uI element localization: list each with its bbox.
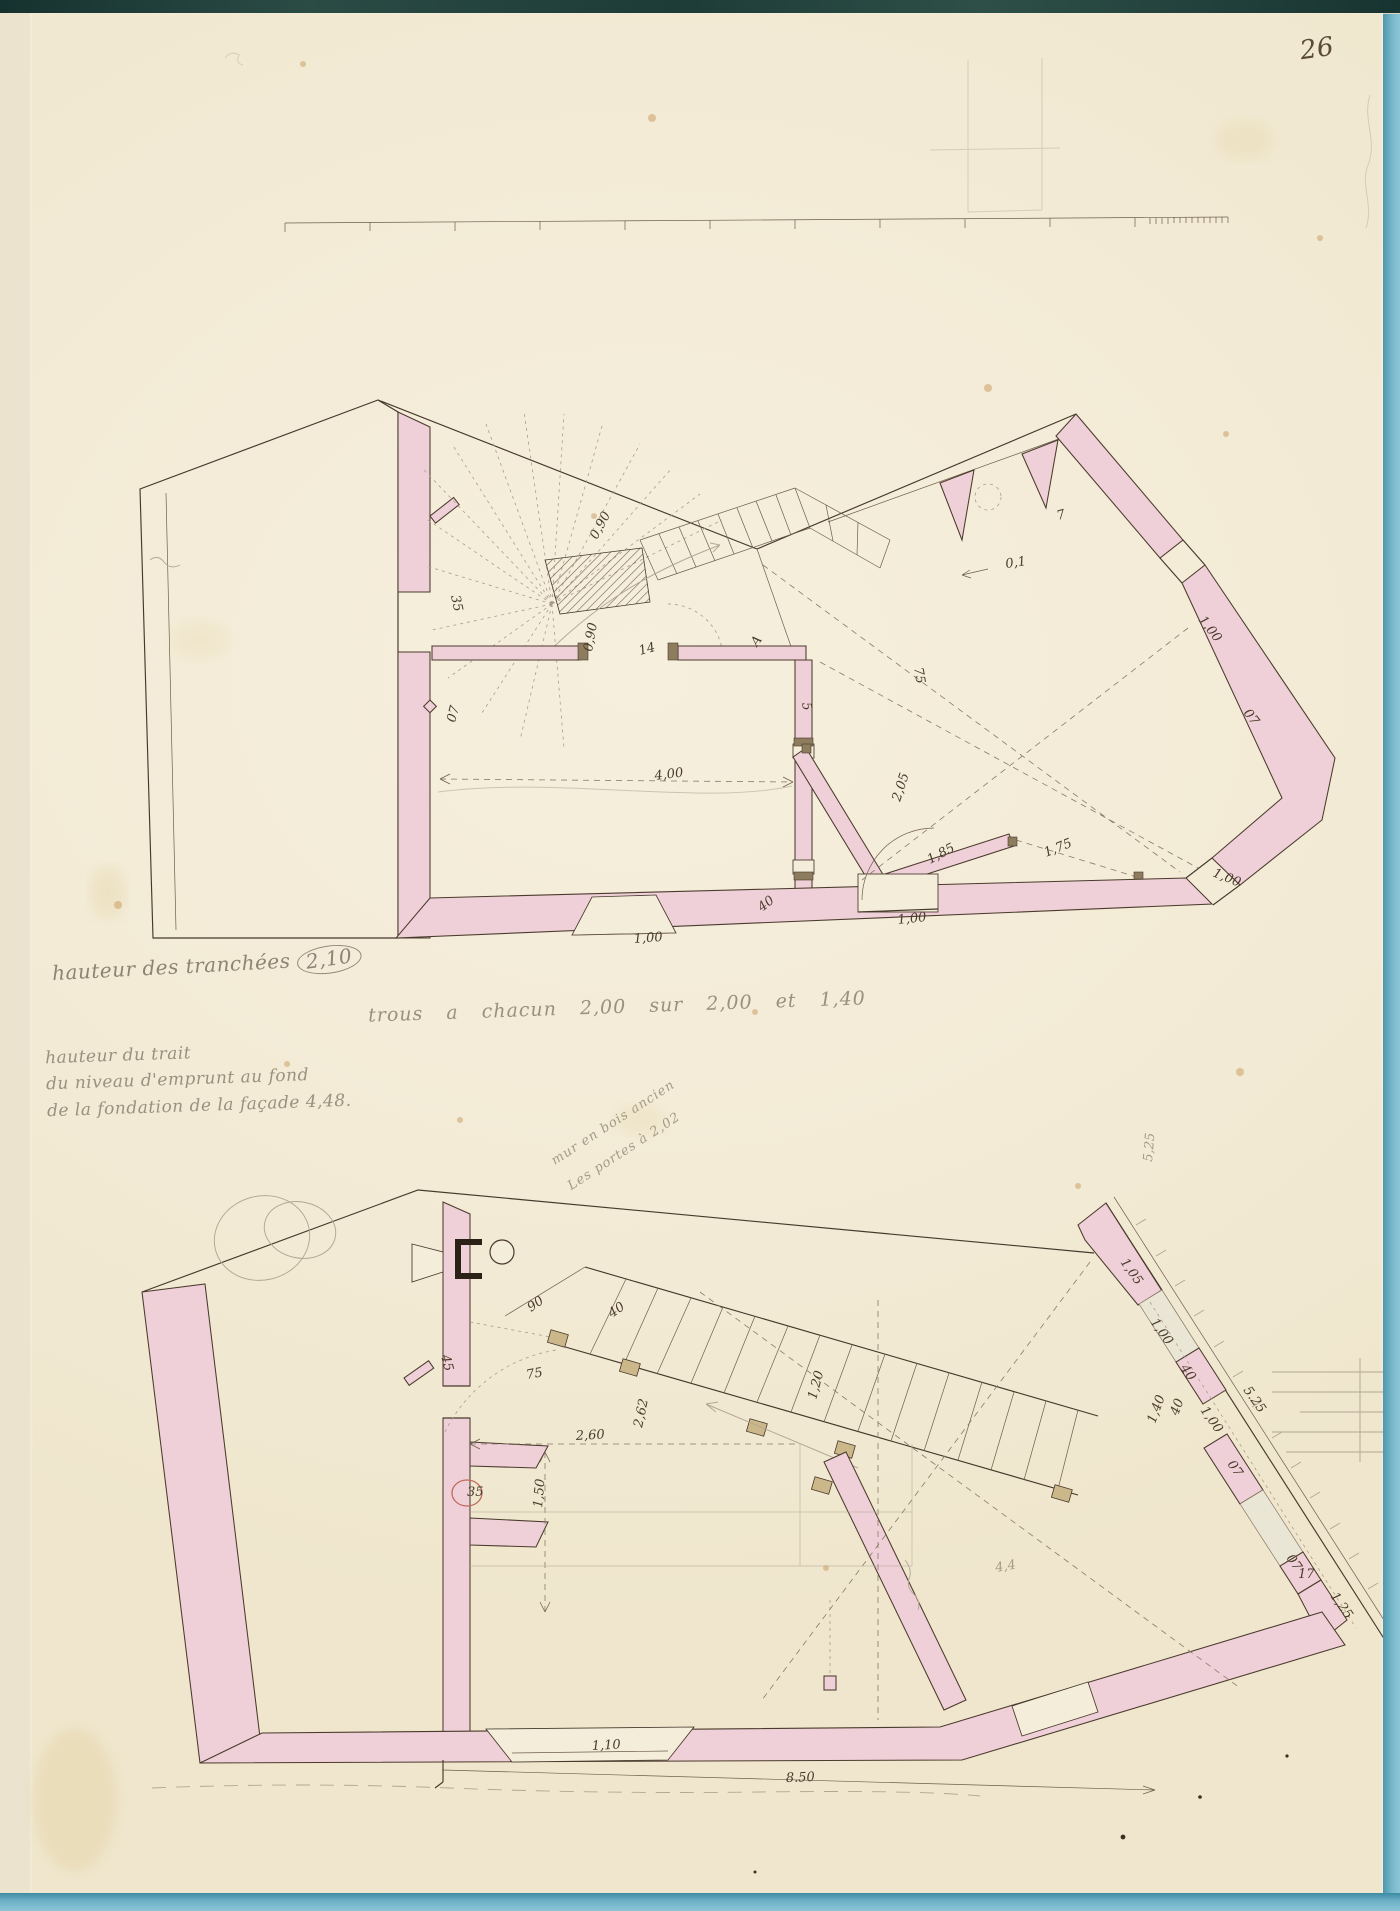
dimension-label: 35	[467, 1485, 484, 1500]
dimension-label: 35	[447, 594, 465, 613]
dimension-label: 2,05	[889, 771, 913, 804]
dimension-label: 8.50	[786, 1770, 815, 1786]
diagonal-partitions	[793, 744, 1143, 895]
scale-ruler	[285, 217, 1228, 232]
dimension-label: 1,10	[591, 1737, 621, 1753]
dimension-label: 5.25	[1240, 1384, 1269, 1416]
bottom-wall	[200, 1600, 1345, 1763]
dimension-label: 2,60	[574, 1427, 605, 1444]
column	[490, 1240, 514, 1264]
dimension-label: 07	[444, 703, 463, 724]
dimension-label: 40	[1167, 1397, 1187, 1419]
construction-lines	[438, 565, 1198, 880]
dimension-label: 75	[910, 666, 928, 685]
dimension-label: 4,4	[993, 1558, 1017, 1577]
dimension-label: 1,75	[1042, 836, 1074, 861]
backing-sheet-right-edge	[1383, 14, 1400, 1896]
dimension-line	[152, 1760, 1155, 1796]
dimension-label: 0,1	[1004, 554, 1027, 572]
level-note: hauteur du trait du niveau d'emprunt au …	[45, 1035, 352, 1125]
right-facade-wall	[1056, 414, 1335, 905]
dimension-label: 5,25	[1141, 1132, 1158, 1162]
dimension-label: 0,90	[587, 509, 614, 542]
left-outer-wall	[142, 1284, 262, 1763]
margin-pencil-sketch	[1272, 1352, 1396, 1468]
banister-wall	[824, 1452, 966, 1710]
dimension-label: 1,50	[531, 1478, 548, 1508]
folio-number: 26	[1298, 32, 1336, 66]
pencil-doodle	[205, 1186, 341, 1291]
dimension-label: 45	[437, 1352, 456, 1373]
dimension-label: 7	[1055, 507, 1068, 524]
dimension-label: 40	[605, 1299, 628, 1321]
dimension-label: 1,00	[1197, 1404, 1226, 1436]
scanned-drawing-page: 0,900,903514A5074,002,051,851,75750,1740…	[0, 0, 1400, 1911]
binding-edge	[0, 0, 1400, 13]
pencil-ghost-lines	[225, 53, 1371, 228]
dimension-label: 14	[637, 640, 657, 659]
dimension-label: 2,62	[631, 1397, 652, 1429]
dimension-label: 4,00	[653, 766, 685, 785]
dimension-label: 1,20	[805, 1369, 827, 1401]
dimension-label: 1,00	[633, 930, 663, 947]
lower-floor-plan: 457590402,602,621,50351,201,051,00405.25…	[142, 1132, 1398, 1796]
backing-sheet-bottom-edge	[0, 1893, 1400, 1911]
left-room	[140, 400, 398, 938]
left-spine-wall	[398, 412, 459, 938]
dimension-label: 1,00	[897, 910, 927, 928]
upper-floor-plan: 0,900,903514A5074,002,051,851,75750,1740…	[140, 400, 1335, 947]
dimension-label: 90	[525, 1293, 547, 1315]
dimension-label: 17	[1298, 1567, 1315, 1582]
dimension-label: 1,40	[1145, 1393, 1169, 1425]
dimension-label: 75	[525, 1365, 544, 1383]
stair-winder	[424, 412, 722, 748]
dimension-label: 0,90	[581, 622, 601, 653]
spine-wall	[404, 1202, 548, 1733]
